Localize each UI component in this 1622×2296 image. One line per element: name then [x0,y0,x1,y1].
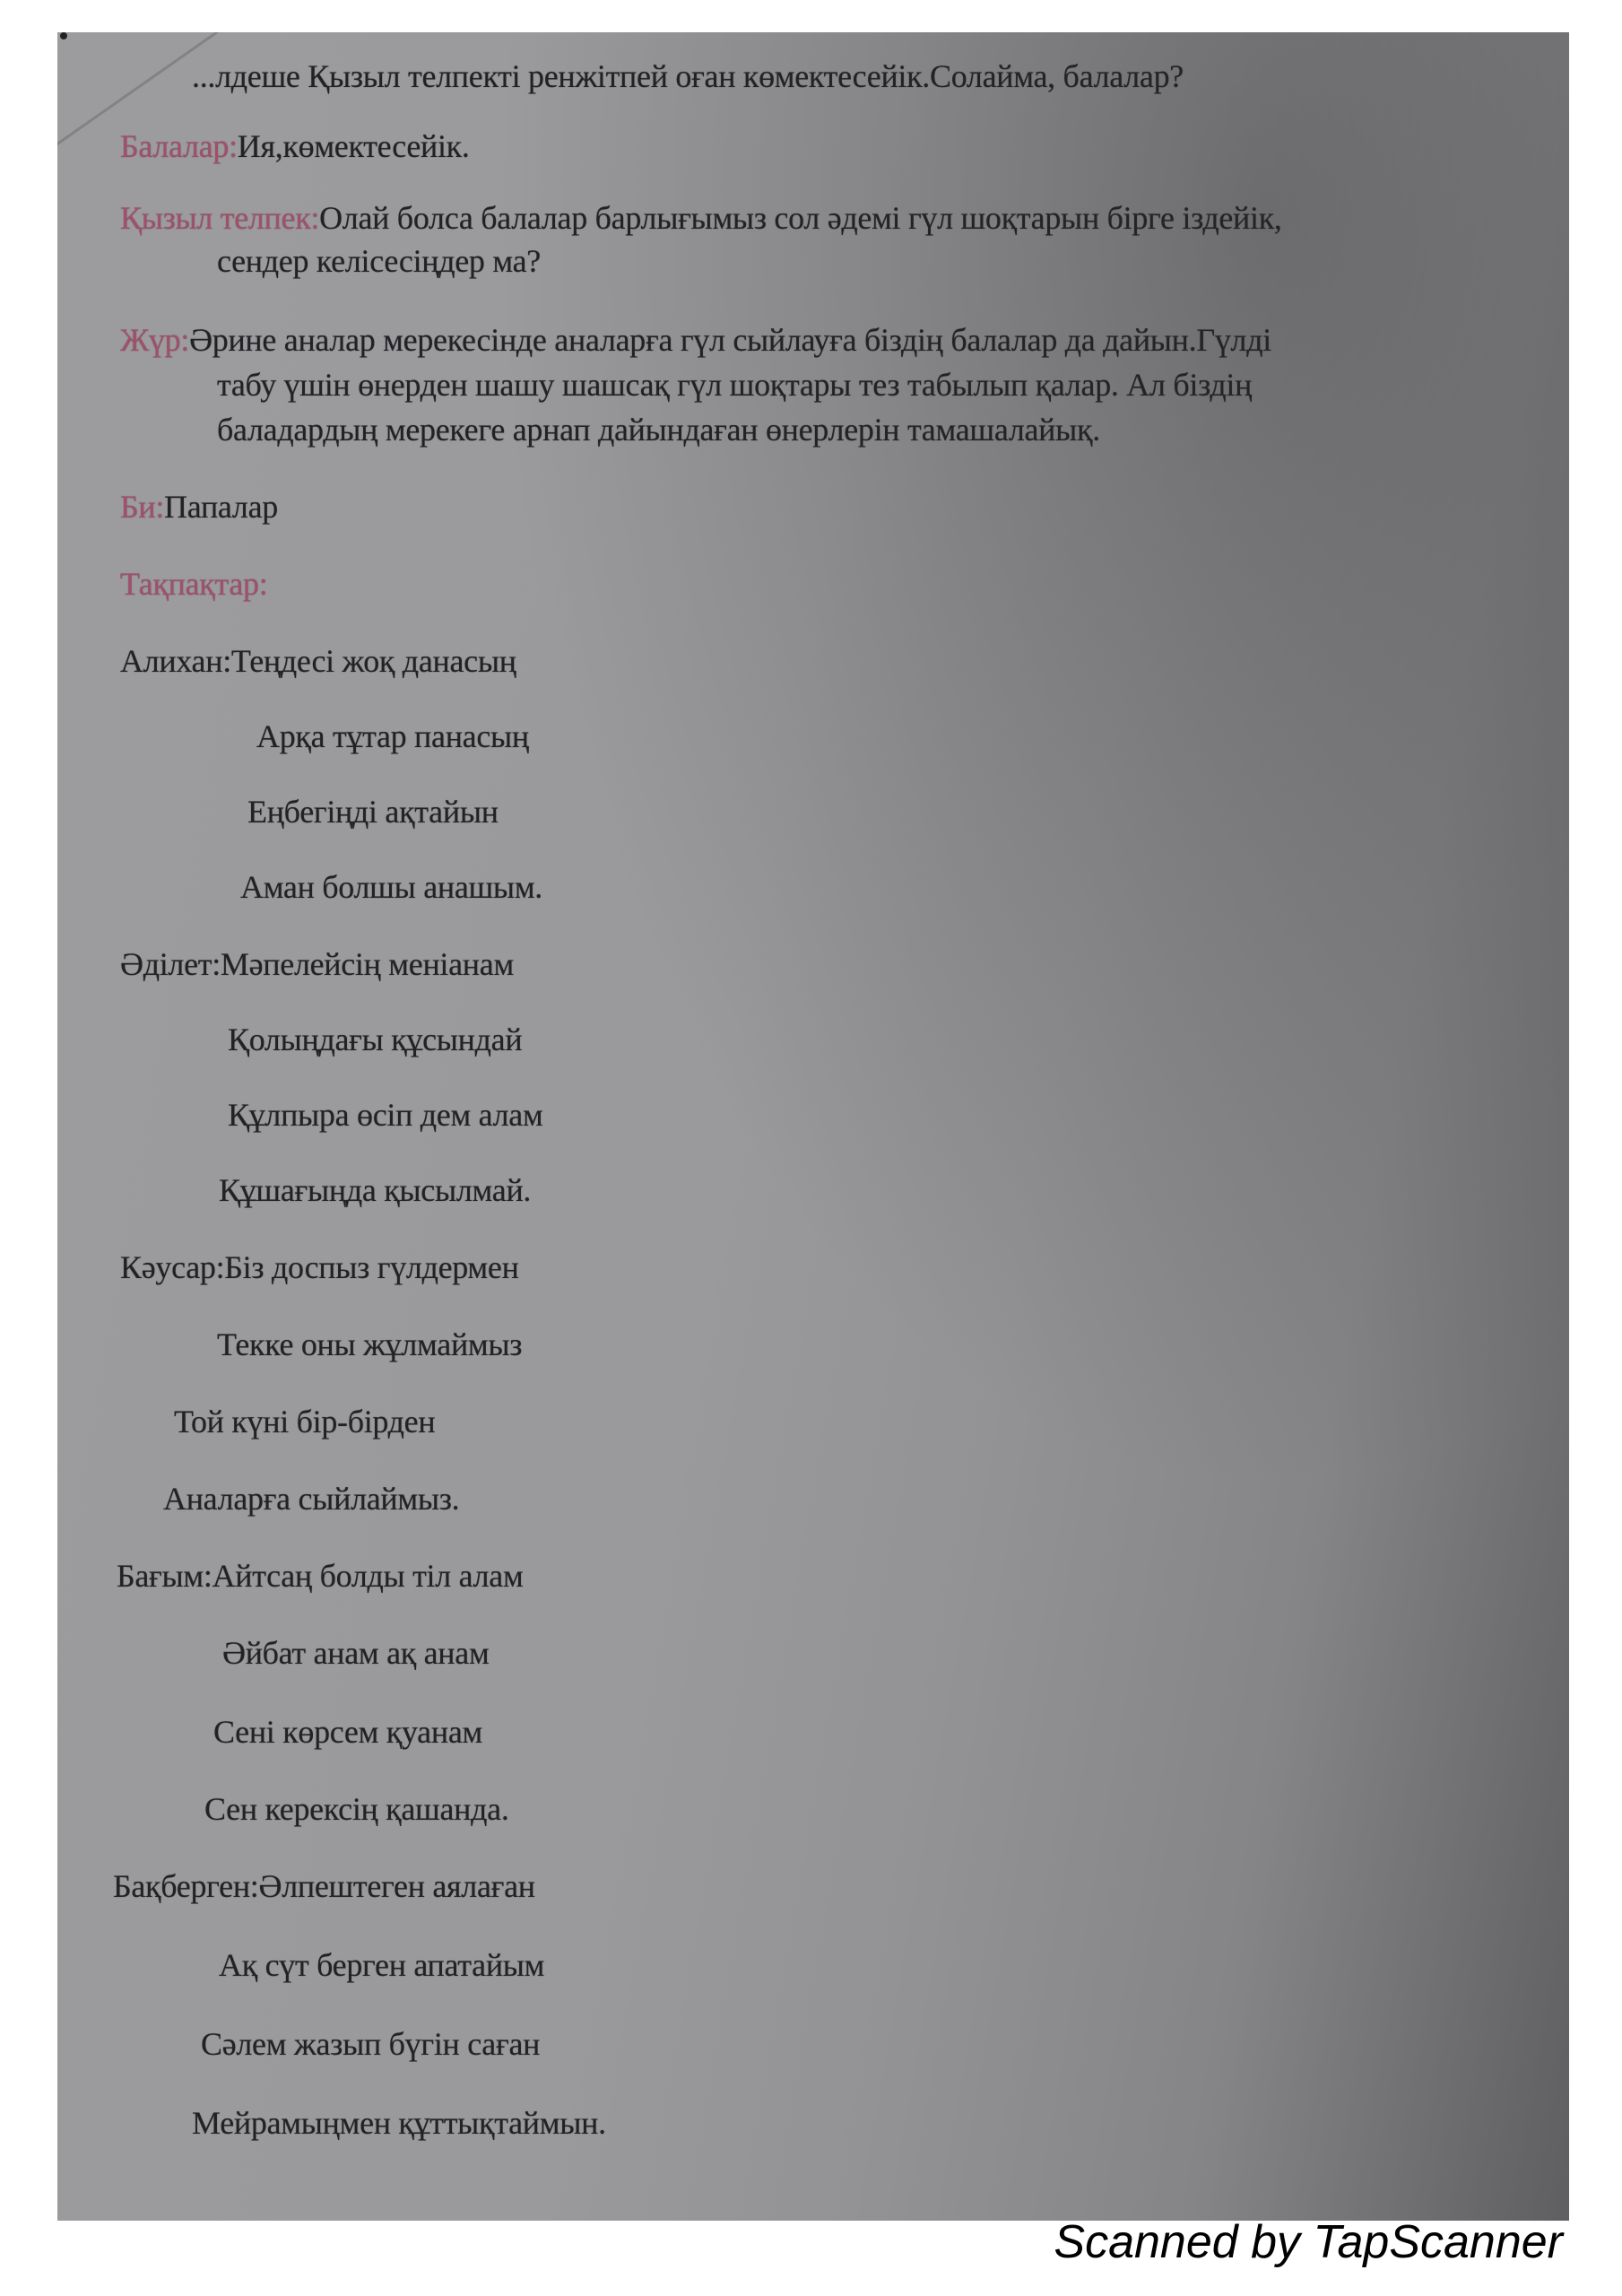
poem-line: Той күні бір-бірден [174,1403,435,1440]
paragraph-line: Қызыл телпек:Олай болса балалар барлығым… [120,199,1282,237]
paragraph-line: ...лдеше Қызыл телпекті ренжітпей оған к… [192,57,1184,95]
scanned-page: ...лдеше Қызыл телпекті ренжітпей оған к… [57,32,1569,2221]
speaker-label: Қызыл телпек: [120,200,319,236]
speaker-label: Би: [120,489,164,525]
paragraph-line: Би:Папалар [120,488,278,526]
ink-dot [60,32,67,39]
speaker-label: Жүр: [120,322,189,358]
poem-line: Аналарға сыйлаймыз. [163,1480,459,1518]
speaker-label: Бағым: [117,1558,213,1594]
poem-line: Ақ сүт берген апатайым [219,1946,544,1984]
poem-line: Арқа тұтар панасың [256,717,529,755]
paragraph-line: Жүр:Әрине аналар мерекесінде аналарға гү… [120,321,1271,359]
poem-line: Әділет:Мәпелейсің меніанам [120,945,514,983]
poem-line: Текке оны жұлмаймыз [217,1326,522,1363]
poem-line: Сәлем жазып бүгін саған [201,2025,540,2063]
poem-line: Алихан:Теңдесі жоқ данасың [120,642,516,680]
speaker-label: Кәусар: [120,1249,224,1285]
poem-line: Құлпыра өсіп дем алам [228,1096,542,1134]
section-heading: Тақпақтар: [120,565,267,603]
poem-line: Бағым:Айтсаң болды тіл алам [117,1557,523,1595]
poem-line: Аман болшы анашым. [240,868,542,906]
paragraph-line: табу үшін өнерден шашу шашсақ гүл шоқтар… [217,366,1252,404]
poem-line: Бақберген:Әлпештеген аялаған [113,1867,535,1905]
speaker-label: Балалар: [120,128,238,164]
paragraph-line: сендер келісесіңдер ма? [217,242,541,280]
poem-line: Кәусар:Біз доспыз гүлдермен [120,1248,519,1286]
scanner-watermark: Scanned by TapScanner [1054,2215,1563,2269]
poem-line: Әйбат анам ақ анам [222,1634,489,1672]
poem-line: Мейрамыңмен құттықтаймын. [192,2104,606,2142]
paragraph-line: Балалар:Ия,көмектесейік. [120,127,470,165]
poem-line: Сен керексің қашанда. [204,1790,509,1828]
speaker-label: Бақберген: [113,1868,259,1904]
speaker-label: Әділет: [120,946,221,982]
poem-line: Еңбегіңді ақтайын [247,793,499,831]
poem-line: Сені көрсем қуанам [213,1713,482,1751]
poem-line: Қолыңдағы құсындай [228,1021,522,1058]
paragraph-line: баладардың мерекеге арнап дайындаған өне… [217,411,1100,448]
speaker-label: Алихан: [120,643,231,679]
poem-line: Құшағыңда қысылмай. [219,1171,531,1209]
